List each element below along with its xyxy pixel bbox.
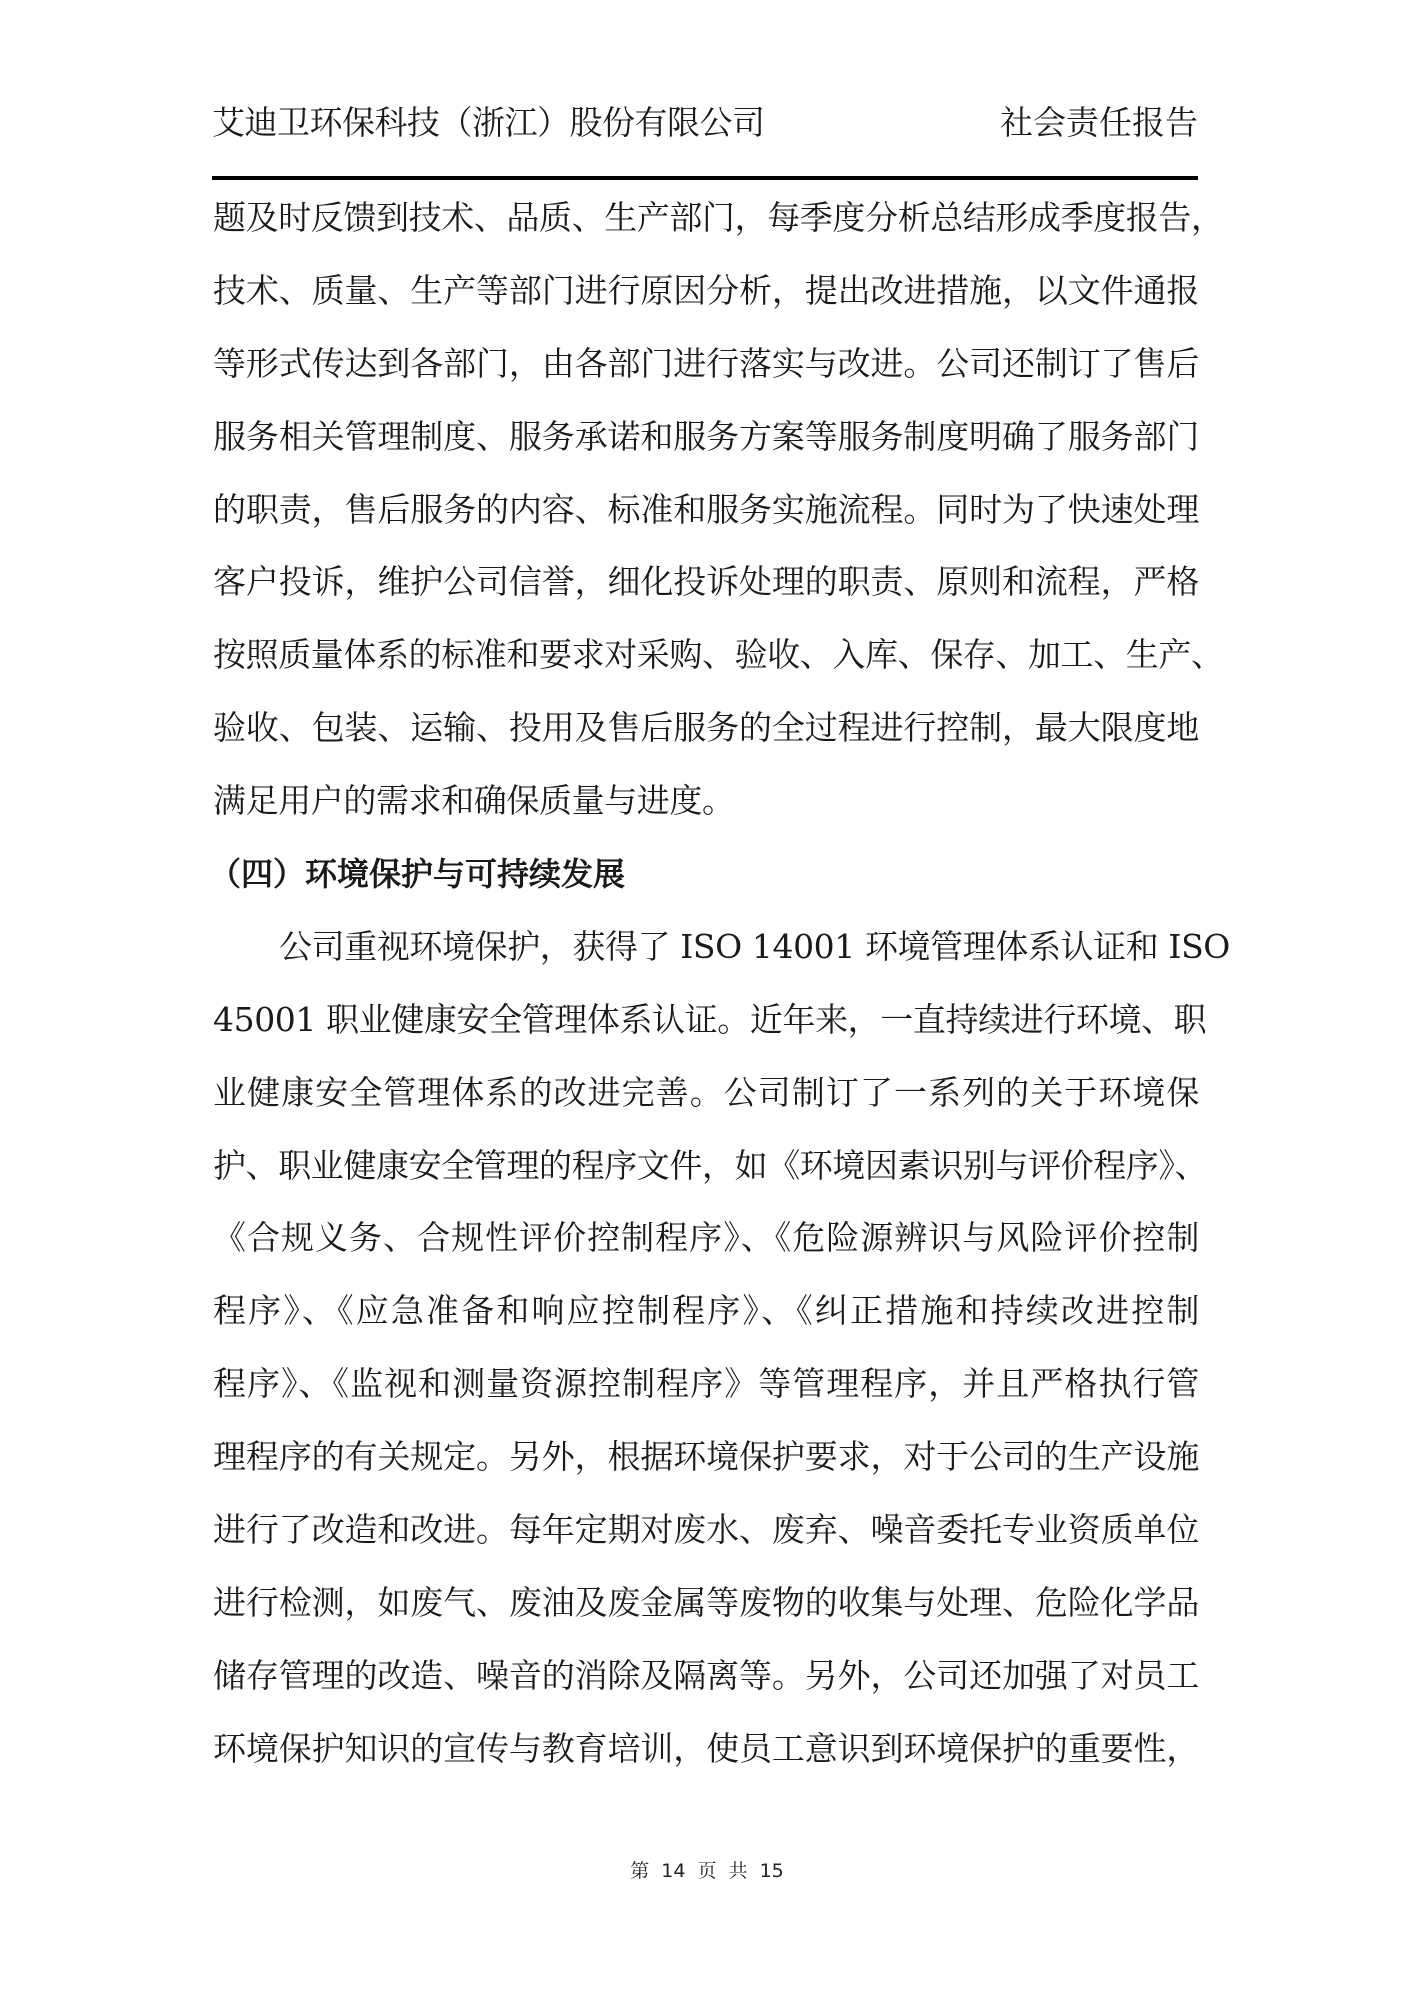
page-header: 艾迪卫环保科技（浙江）股份有限公司 社会责任报告 (212, 98, 1198, 148)
text-line: 理程序的有关规定。另外，根据环境保护要求，对于公司的生产设施 (213, 1421, 1199, 1494)
text-line: 储存管理的改造、噪音的消除及隔离等。另外，公司还加强了对员工 (213, 1640, 1199, 1713)
paragraph-environment: 公司重视环境保护，获得了 ISO 14001 环境管理体系认证和 ISO 450… (213, 911, 1199, 1786)
text-line: 公司重视环境保护，获得了 ISO 14001 环境管理体系认证和 ISO (213, 911, 1199, 984)
text-line: 《合规义务、合规性评价控制程序》、《危险源辨识与风险评价控制 (213, 1202, 1199, 1275)
text-line: 满足用户的需求和确保质量与进度。 (213, 765, 1199, 838)
text-line: 等形式传达到各部门，由各部门进行落实与改进。公司还制订了售后 (213, 328, 1199, 401)
section-heading: （四）环境保护与可持续发展 (209, 838, 1199, 911)
text-line: 客户投诉，维护公司信誉，细化投诉处理的职责、原则和流程，严格 (213, 546, 1199, 619)
page-body: 题及时反馈到技术、品质、生产部门，每季度分析总结形成季度报告， 技术、质量、生产… (213, 182, 1199, 1786)
text-line: 护、职业健康安全管理的程序文件，如《环境因素识别与评价程序》、 (213, 1130, 1199, 1203)
text-line: 技术、质量、生产等部门进行原因分析，提出改进措施，以文件通报 (213, 255, 1199, 328)
text-line: 进行检测，如废气、废油及废金属等废物的收集与处理、危险化学品 (213, 1567, 1199, 1640)
text-line: 题及时反馈到技术、品质、生产部门，每季度分析总结形成季度报告， (213, 182, 1199, 255)
text-line: 业健康安全管理体系的改进完善。公司制订了一系列的关于环境保 (213, 1057, 1199, 1130)
text-line: 45001 职业健康安全管理体系认证。近年来，一直持续进行环境、职 (213, 984, 1199, 1057)
report-title: 社会责任报告 (1000, 98, 1198, 148)
company-name: 艾迪卫环保科技（浙江）股份有限公司 (212, 98, 765, 148)
page-number-footer: 第 14 页 共 15 (0, 1857, 1414, 1885)
header-divider (212, 176, 1198, 180)
text-line: 按照质量体系的标准和要求对采购、验收、入库、保存、加工、生产、 (213, 619, 1199, 692)
text-line: 程序》、《应急准备和响应控制程序》、《纠正措施和持续改进控制 (213, 1275, 1199, 1348)
document-page: 艾迪卫环保科技（浙江）股份有限公司 社会责任报告 题及时反馈到技术、品质、生产部… (0, 0, 1414, 2000)
text-line: 的职责，售后服务的内容、标准和服务实施流程。同时为了快速处理 (213, 474, 1199, 547)
text-line: 环境保护知识的宣传与教育培训，使员工意识到环境保护的重要性， (213, 1713, 1199, 1786)
text-line: 程序》、《监视和测量资源控制程序》等管理程序，并且严格执行管 (213, 1348, 1199, 1421)
paragraph-customer-service: 题及时反馈到技术、品质、生产部门，每季度分析总结形成季度报告， 技术、质量、生产… (213, 182, 1199, 838)
text-line: 服务相关管理制度、服务承诺和服务方案等服务制度明确了服务部门 (213, 401, 1199, 474)
text-line: 验收、包装、运输、投用及售后服务的全过程进行控制，最大限度地 (213, 692, 1199, 765)
text-line: 进行了改造和改进。每年定期对废水、废弃、噪音委托专业资质单位 (213, 1494, 1199, 1567)
